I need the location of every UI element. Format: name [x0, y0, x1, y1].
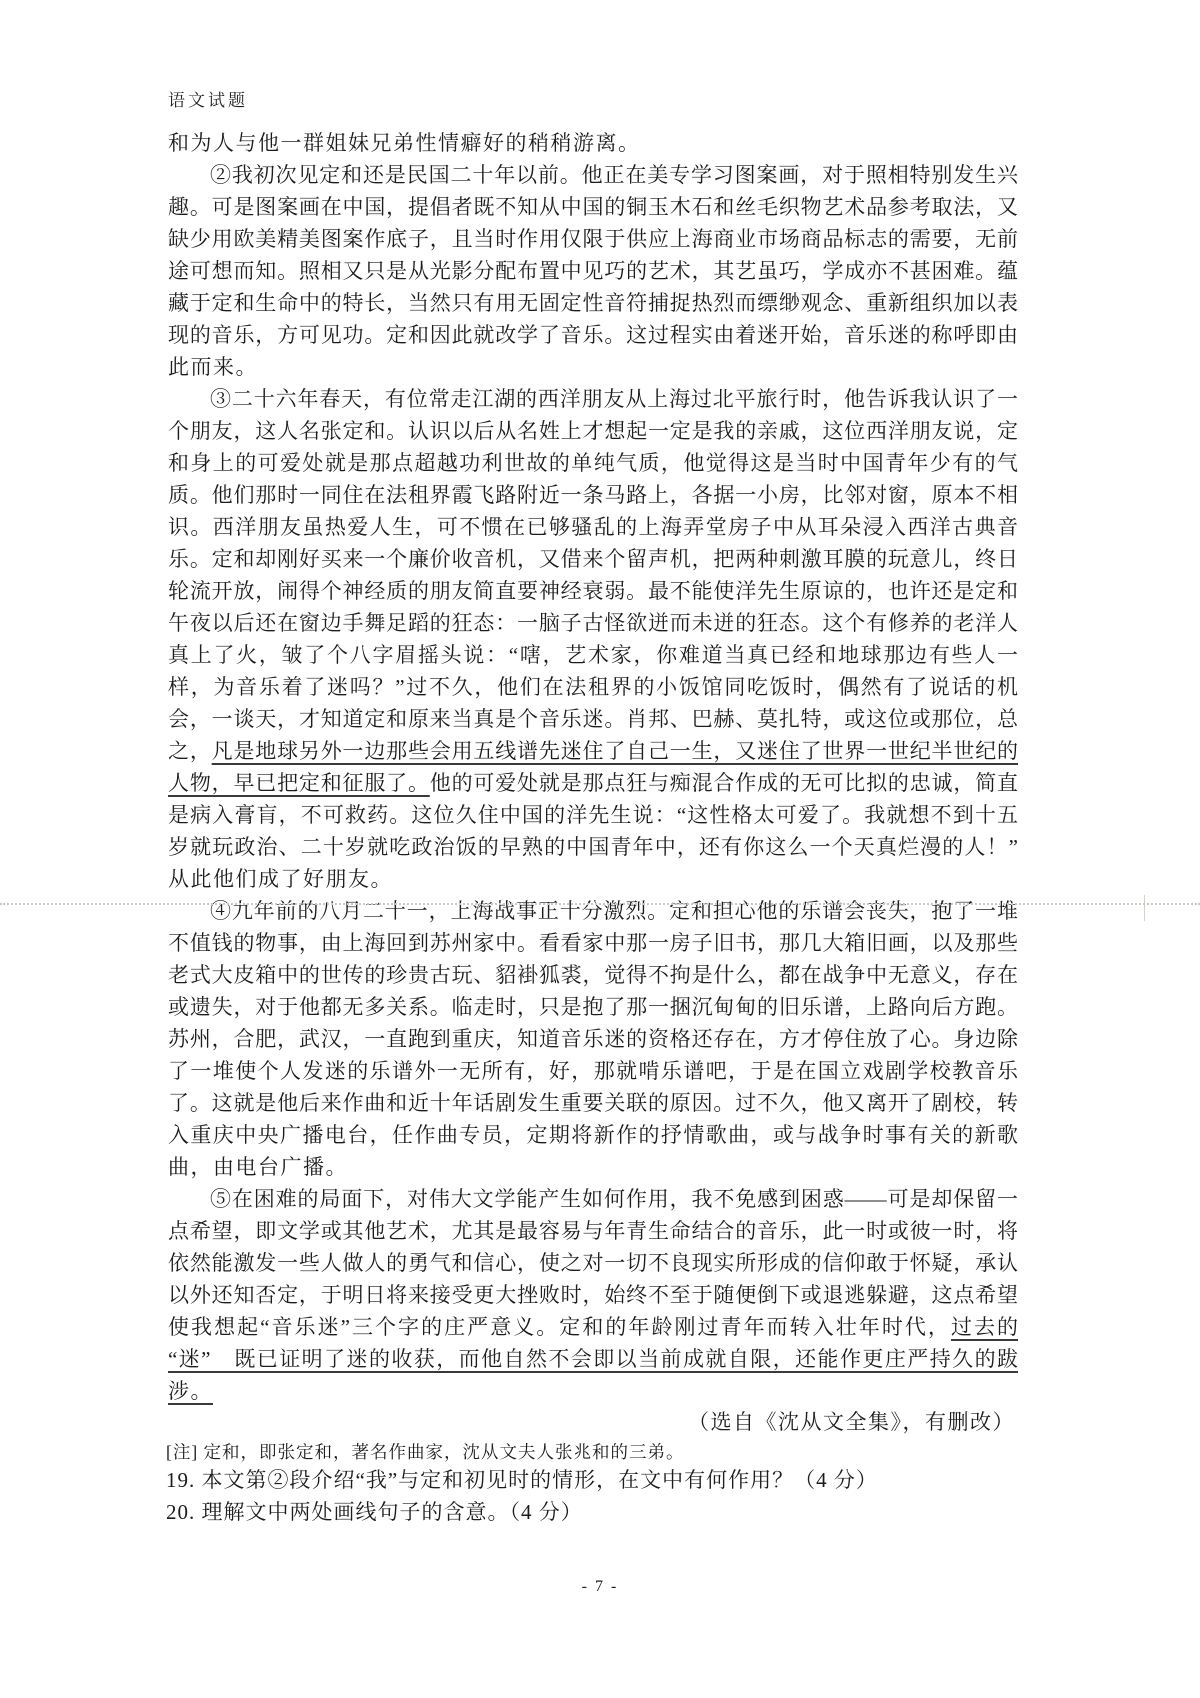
text-line: 或遗失，对于他都无多关系。临走时，只是抱了那一捆沉甸甸的旧乐谱，上路向后方跑。 — [168, 991, 1018, 1023]
text-line: 岁就玩政治、二十岁就吃政治饭的早熟的中国青年中，还有你这么一个天真烂漫的人！” — [168, 831, 1018, 863]
text-line: ②我初次见定和还是民国二十年以前。他正在美专学习图案画，对于照相特别发生兴 — [168, 159, 1018, 191]
text-line: ⑤在困难的局面下，对伟大文学能产生如何作用，我不免感到困惑——可是却保留一 — [168, 1183, 1018, 1215]
source-citation: （选自《沈从文全集》，有删改） — [168, 1406, 1015, 1438]
text-segment: 从此他们成了好朋友。 — [168, 867, 393, 891]
text-segment: 点希望，即文学或其他艺术，尤其是最容易与年青生命结合的音乐，此一时或彼一时，将 — [168, 1219, 1018, 1243]
scan-artifact-mark — [1144, 895, 1145, 921]
text-segment: 和身上的可爱处就是那点超越功利世故的单纯气质，他觉得这是当时中国青年少有的气 — [168, 451, 1018, 475]
text-line: 趣。可是图案画在中国，提倡者既不知从中国的铜玉木石和丝毛织物艺术品参考取法，又 — [168, 191, 1018, 223]
text-segment: 曲，由电台广播。 — [168, 1155, 348, 1179]
text-line: 午夜以后还在窗边手舞足蹈的狂态：一脑子古怪欲迸而未迸的狂态。这个有修养的老洋人 — [168, 607, 1018, 639]
text-segment: 之， — [168, 739, 212, 763]
text-segment: 不值钱的物事，由上海回到苏州家中。看看家中那一房子旧书，那几大箱旧画，以及那些 — [168, 931, 1018, 955]
text-line: 质。他们那时一同住在法租界霞飞路附近一条马路上，各据一小房，比邻对窗，原本不相 — [168, 479, 1018, 511]
text-line: 藏于定和生命中的特长，当然只有用无固定性音符捕捉热烈而缥缈观念、重新组织加以表 — [168, 287, 1018, 319]
text-line: 人物，早已把定和征服了。他的可爱处就是那点狂与痴混合作成的无可比拟的忠诚，简直 — [168, 767, 1018, 799]
text-line: 乐。定和却刚好买来一个廉价收音机，又借来个留声机，把两种刺激耳膜的玩意儿，终日 — [168, 543, 1018, 575]
text-line: 从此他们成了好朋友。 — [168, 863, 1018, 895]
text-line: 识。西洋朋友虽热爱人生，可不惯在已够骚乱的上海弄堂房子中从耳朵浸入西洋古典音 — [168, 511, 1018, 543]
text-segment: 会，一谈天，才知道定和原来当真是个音乐迷。肖邦、巴赫、莫扎特，或这位或那位，总 — [168, 707, 1018, 731]
text-line: 入重庆中央广播电台，任作曲专员，定期将新作的抒情歌曲，或与战争时事有关的新歌 — [168, 1119, 1018, 1151]
underlined-text: 人物，早已把定和征服了。 — [168, 771, 430, 795]
text-segment: 岁就玩政治、二十岁就吃政治饭的早熟的中国青年中，还有你这么一个天真烂漫的人！” — [168, 835, 1018, 859]
text-segment: 样，为音乐着了迷吗？”过不久，他们在法租界的小饭馆同吃饭时，偶然有了说话的机 — [168, 675, 1018, 699]
text-line: ④九年前的八月二十一，上海战事正十分激烈。定和担心他的乐谱会丧失，抱了一堆 — [168, 895, 1018, 927]
underlined-text: 过去的 — [951, 1315, 1018, 1339]
text-line: 点希望，即文学或其他艺术，尤其是最容易与年青生命结合的音乐，此一时或彼一时，将 — [168, 1215, 1018, 1247]
page-number: - 7 - — [0, 1578, 1200, 1596]
text-segment: 轮流开放，闹得个神经质的朋友简直要神经衰弱。最不能使洋先生原谅的，也许还是定和 — [168, 579, 1018, 603]
text-line: 不值钱的物事，由上海回到苏州家中。看看家中那一房子旧书，那几大箱旧画，以及那些 — [168, 927, 1018, 959]
text-line: 使我想起“音乐迷”三个字的庄严意义。定和的年龄刚过青年而转入壮年时代，过去的 — [168, 1311, 1018, 1343]
text-segment: 了一堆使个人发迷的乐谱外一无所有，好，那就啃乐谱吧，于是在国立戏剧学校教音乐 — [168, 1059, 1018, 1083]
text-line: 样，为音乐着了迷吗？”过不久，他们在法租界的小饭馆同吃饭时，偶然有了说话的机 — [168, 671, 1018, 703]
text-line: 个朋友，这人名张定和。认识以后从名姓上才想起一定是我的亲戚，这位西洋朋友说，定 — [168, 415, 1018, 447]
underlined-text: “迷” 既已证明了迷的收获，而他自然不会即以当前成就自限，还能作更庄严持久的跋 — [168, 1347, 1018, 1371]
question-19: 19. 本文第②段介绍“我”与定和初见时的情形，在文中有何作用？（4 分） — [166, 1464, 1086, 1496]
text-segment: ②我初次见定和还是民国二十年以前。他正在美专学习图案画，对于照相特别发生兴 — [210, 163, 1018, 187]
text-line: 涉。 — [168, 1375, 1018, 1407]
text-line: 途可想而知。照相又只是从光影分配布置中见巧的艺术，其艺虽巧，学成亦不甚困难。蕴 — [168, 255, 1018, 287]
text-line: 缺少用欧美精美图案作底子，且当时作用仅限于供应上海商业市场商品标志的需要，无前 — [168, 223, 1018, 255]
text-line: 曲，由电台广播。 — [168, 1151, 1018, 1183]
text-segment: 和为人与他一群姐妹兄弟性情癖好的稍稍游离。 — [168, 131, 641, 155]
footnote: [注] 定和，即张定和，著名作曲家，沈从文夫人张兆和的三弟。 — [166, 1440, 1066, 1464]
text-segment: 了。这就是他后来作曲和近十年话剧发生重要关联的原因。过不久，他又离开了剧校，转 — [168, 1091, 1018, 1115]
text-segment: 依然能激发一些人做人的勇气和信心，使之对一切不良现实所形成的信仰敢于怀疑，承认 — [168, 1251, 1018, 1275]
text-line: “迷” 既已证明了迷的收获，而他自然不会即以当前成就自限，还能作更庄严持久的跋 — [168, 1343, 1018, 1375]
text-segment: 趣。可是图案画在中国，提倡者既不知从中国的铜玉木石和丝毛织物艺术品参考取法，又 — [168, 195, 1018, 219]
document-page: 语文试题 和为人与他一群姐妹兄弟性情癖好的稍稍游离。②我初次见定和还是民国二十年… — [0, 0, 1200, 1698]
text-line: 以外还知否定，于明日将来接受更大挫败时，始终不至于随便倒下或退逃躲避，这点希望 — [168, 1279, 1018, 1311]
text-segment: 苏州，合肥，武汉，一直跑到重庆，知道音乐迷的资格还存在，方才停住放了心。身边除 — [168, 1027, 1018, 1051]
text-line: 和为人与他一群姐妹兄弟性情癖好的稍稍游离。 — [168, 127, 1018, 159]
text-segment: ⑤在困难的局面下，对伟大文学能产生如何作用，我不免感到困惑——可是却保留一 — [210, 1187, 1018, 1211]
underlined-text: 涉。 — [168, 1379, 213, 1403]
text-segment: 缺少用欧美精美图案作底子，且当时作用仅限于供应上海商业市场商品标志的需要，无前 — [168, 227, 1018, 251]
text-line: 了一堆使个人发迷的乐谱外一无所有，好，那就啃乐谱吧，于是在国立戏剧学校教音乐 — [168, 1055, 1018, 1087]
text-line: 依然能激发一些人做人的勇气和信心，使之对一切不良现实所形成的信仰敢于怀疑，承认 — [168, 1247, 1018, 1279]
text-line: 是病入膏肓，不可救药。这位久住中国的洋先生说：“这性格太可爱了。我就想不到十五 — [168, 799, 1018, 831]
text-segment: 个朋友，这人名张定和。认识以后从名姓上才想起一定是我的亲戚，这位西洋朋友说，定 — [168, 419, 1018, 443]
text-segment: 现的音乐，方可见功。定和因此就改学了音乐。这过程实由着迷开始，音乐迷的称呼即由 — [168, 323, 1018, 347]
text-segment: 质。他们那时一同住在法租界霞飞路附近一条马路上，各据一小房，比邻对窗，原本不相 — [168, 483, 1018, 507]
text-segment: 乐。定和却刚好买来一个廉价收音机，又借来个留声机，把两种刺激耳膜的玩意儿，终日 — [168, 547, 1018, 571]
text-segment: 识。西洋朋友虽热爱人生，可不惯在已够骚乱的上海弄堂房子中从耳朵浸入西洋古典音 — [168, 515, 1018, 539]
underlined-text: 凡是地球另外一边那些会用五线谱先迷住了自己一生，又迷住了世界一世纪半世纪的 — [212, 739, 1018, 763]
fold-dotted-line — [0, 903, 1200, 905]
text-segment: 他的可爱处就是那点狂与痴混合作成的无可比拟的忠诚，简直 — [430, 771, 1018, 795]
text-segment: 是病入膏肓，不可救药。这位久住中国的洋先生说：“这性格太可爱了。我就想不到十五 — [168, 803, 1018, 827]
text-segment: 入重庆中央广播电台，任作曲专员，定期将新作的抒情歌曲，或与战争时事有关的新歌 — [168, 1123, 1018, 1147]
text-line: 现的音乐，方可见功。定和因此就改学了音乐。这过程实由着迷开始，音乐迷的称呼即由 — [168, 319, 1018, 351]
text-line: 之，凡是地球另外一边那些会用五线谱先迷住了自己一生，又迷住了世界一世纪半世纪的 — [168, 735, 1018, 767]
text-segment: 途可想而知。照相又只是从光影分配布置中见巧的艺术，其艺虽巧，学成亦不甚困难。蕴 — [168, 259, 1018, 283]
text-segment: ③二十六年春天，有位常走江湖的西洋朋友从上海过北平旅行时，他告诉我认识了一 — [210, 387, 1018, 411]
text-segment: 午夜以后还在窗边手舞足蹈的狂态：一脑子古怪欲迸而未迸的狂态。这个有修养的老洋人 — [168, 611, 1018, 635]
text-line: 真上了火，皱了个八字眉摇头说：“嗐，艺术家，你难道当真已经和地球那边有些人一 — [168, 639, 1018, 671]
text-segment: 藏于定和生命中的特长，当然只有用无固定性音符捕捉热烈而缥缈观念、重新组织加以表 — [168, 291, 1018, 315]
text-segment: 老式大皮箱中的世传的珍贵古玩、貂褂狐裘，觉得不拘是什么，都在战争中无意义，存在 — [168, 963, 1018, 987]
text-line: 轮流开放，闹得个神经质的朋友简直要神经衰弱。最不能使洋先生原谅的，也许还是定和 — [168, 575, 1018, 607]
article-body: 和为人与他一群姐妹兄弟性情癖好的稍稍游离。②我初次见定和还是民国二十年以前。他正… — [168, 127, 1018, 1407]
text-line: ③二十六年春天，有位常走江湖的西洋朋友从上海过北平旅行时，他告诉我认识了一 — [168, 383, 1018, 415]
question-20: 20. 理解文中两处画线句子的含意。（4 分） — [166, 1496, 1086, 1528]
text-line: 和身上的可爱处就是那点超越功利世故的单纯气质，他觉得这是当时中国青年少有的气 — [168, 447, 1018, 479]
page-title: 语文试题 — [168, 86, 248, 111]
text-segment: 以外还知否定，于明日将来接受更大挫败时，始终不至于随便倒下或退逃躲避，这点希望 — [168, 1283, 1018, 1307]
text-segment: 使我想起“音乐迷”三个字的庄严意义。定和的年龄刚过青年而转入壮年时代， — [168, 1315, 951, 1339]
text-segment: 此而来。 — [168, 355, 258, 379]
text-line: 此而来。 — [168, 351, 1018, 383]
text-line: 老式大皮箱中的世传的珍贵古玩、貂褂狐裘，觉得不拘是什么，都在战争中无意义，存在 — [168, 959, 1018, 991]
text-line: 苏州，合肥，武汉，一直跑到重庆，知道音乐迷的资格还存在，方才停住放了心。身边除 — [168, 1023, 1018, 1055]
text-line: 了。这就是他后来作曲和近十年话剧发生重要关联的原因。过不久，他又离开了剧校，转 — [168, 1087, 1018, 1119]
text-segment: 真上了火，皱了个八字眉摇头说：“嗐，艺术家，你难道当真已经和地球那边有些人一 — [168, 643, 1018, 667]
text-segment: 或遗失，对于他都无多关系。临走时，只是抱了那一捆沉甸甸的旧乐谱，上路向后方跑。 — [168, 995, 1018, 1019]
text-line: 会，一谈天，才知道定和原来当真是个音乐迷。肖邦、巴赫、莫扎特，或这位或那位，总 — [168, 703, 1018, 735]
